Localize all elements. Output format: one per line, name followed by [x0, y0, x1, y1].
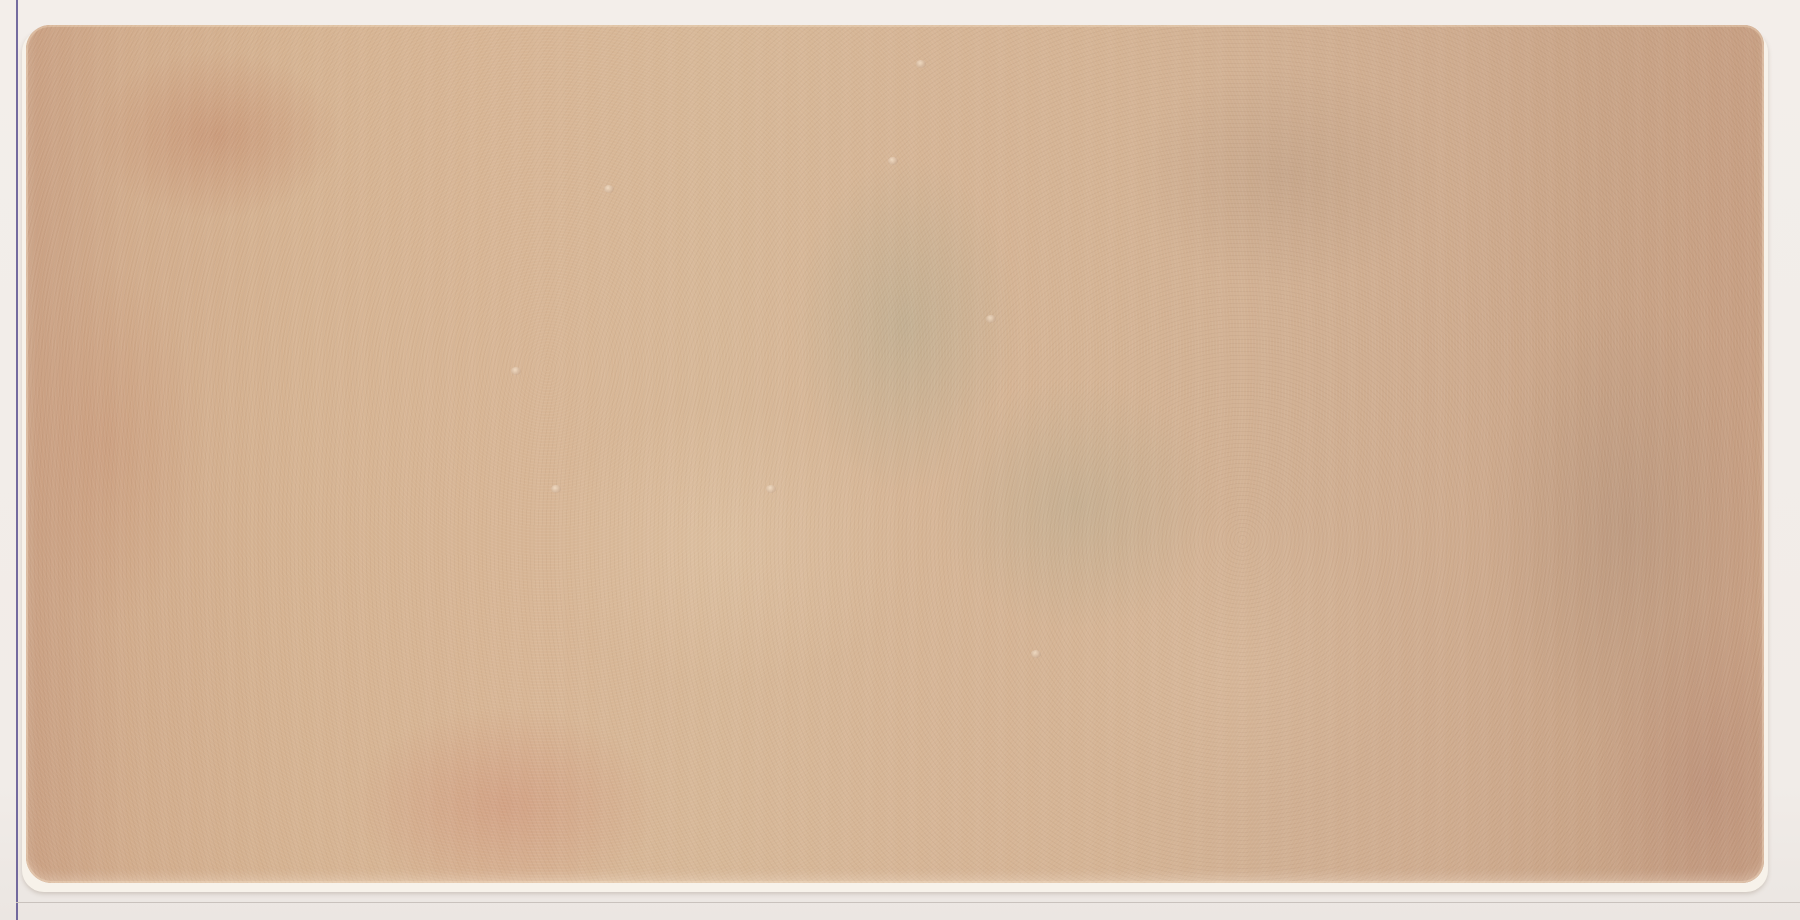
ceramic-tile: [26, 25, 1764, 883]
surface-edge-line: [16, 902, 1800, 903]
left-edge-line: [16, 0, 18, 920]
photo-scene: [0, 0, 1800, 920]
tile-edge-highlight: [26, 25, 1764, 883]
